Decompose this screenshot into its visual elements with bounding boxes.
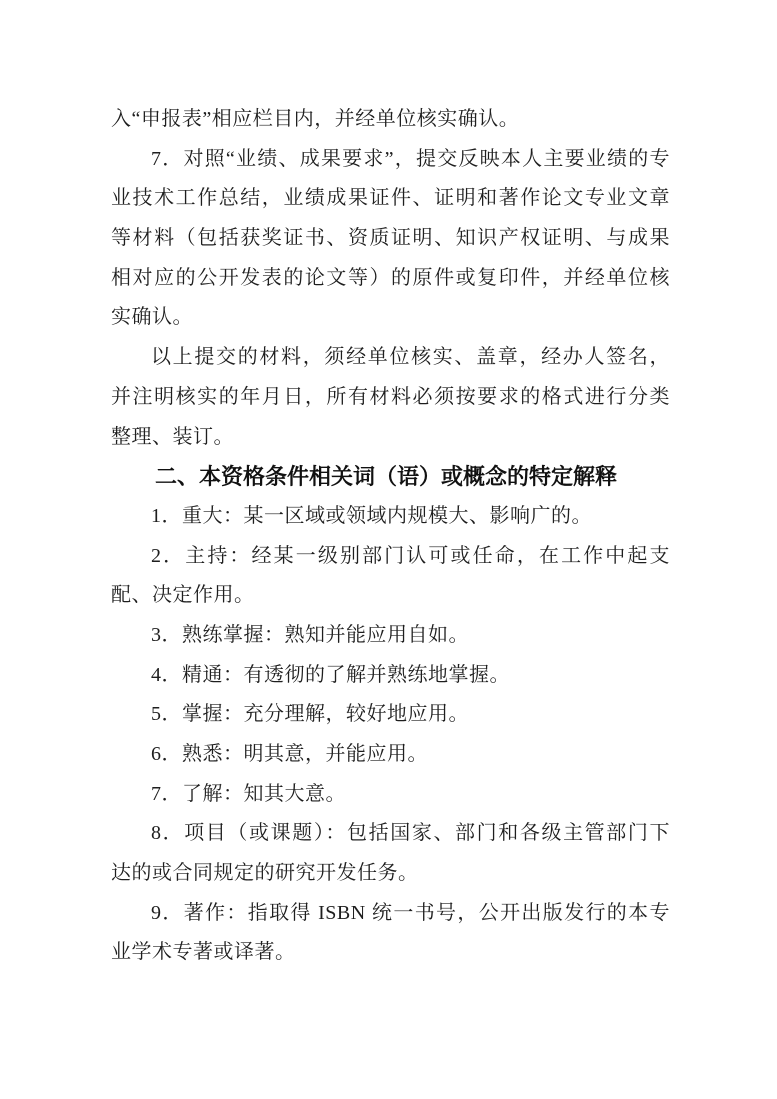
doc-line: 整理、装订。 bbox=[111, 418, 670, 458]
definition-item: 9．著作：指取得 ISBN 统一书号，公开出版发行的本专 bbox=[111, 894, 670, 934]
doc-line: 入“申报表”相应栏目内，并经单位核实确认。 bbox=[111, 100, 670, 140]
doc-line: 配、决定作用。 bbox=[111, 576, 670, 616]
document-page: 入“申报表”相应栏目内，并经单位核实确认。 7．对照“业绩、成果要求”，提交反映… bbox=[0, 0, 777, 1099]
doc-line: 实确认。 bbox=[111, 298, 670, 338]
definition-item: 6．熟悉：明其意，并能应用。 bbox=[111, 735, 670, 775]
doc-line: 并注明核实的年月日，所有材料必须按要求的格式进行分类 bbox=[111, 378, 670, 418]
definition-item: 7．了解：知其大意。 bbox=[111, 775, 670, 815]
doc-line: 相对应的公开发表的论文等）的原件或复印件，并经单位核 bbox=[111, 259, 670, 299]
definition-item: 1．重大：某一区域或领域内规模大、影响广的。 bbox=[111, 497, 670, 537]
doc-line: 7．对照“业绩、成果要求”，提交反映本人主要业绩的专 bbox=[111, 140, 670, 180]
doc-line: 业学术专著或译著。 bbox=[111, 933, 670, 973]
definition-item: 4．精通：有透彻的了解并熟练地掌握。 bbox=[111, 656, 670, 696]
document-text-block: 入“申报表”相应栏目内，并经单位核实确认。 7．对照“业绩、成果要求”，提交反映… bbox=[111, 100, 670, 973]
definition-item: 5．掌握：充分理解，较好地应用。 bbox=[111, 695, 670, 735]
doc-line: 业技术工作总结，业绩成果证件、证明和著作论文专业文章 bbox=[111, 179, 670, 219]
definition-item: 2．主持：经某一级别部门认可或任命，在工作中起支 bbox=[111, 537, 670, 577]
doc-line: 以上提交的材料，须经单位核实、盖章，经办人签名， bbox=[111, 338, 670, 378]
doc-line: 达的或合同规定的研究开发任务。 bbox=[111, 854, 670, 894]
section-heading: 二、本资格条件相关词（语）或概念的特定解释 bbox=[111, 457, 670, 497]
doc-line: 等材料（包括获奖证书、资质证明、知识产权证明、与成果 bbox=[111, 219, 670, 259]
definition-item: 3．熟练掌握：熟知并能应用自如。 bbox=[111, 616, 670, 656]
definition-item: 8．项目（或课题）：包括国家、部门和各级主管部门下 bbox=[111, 814, 670, 854]
